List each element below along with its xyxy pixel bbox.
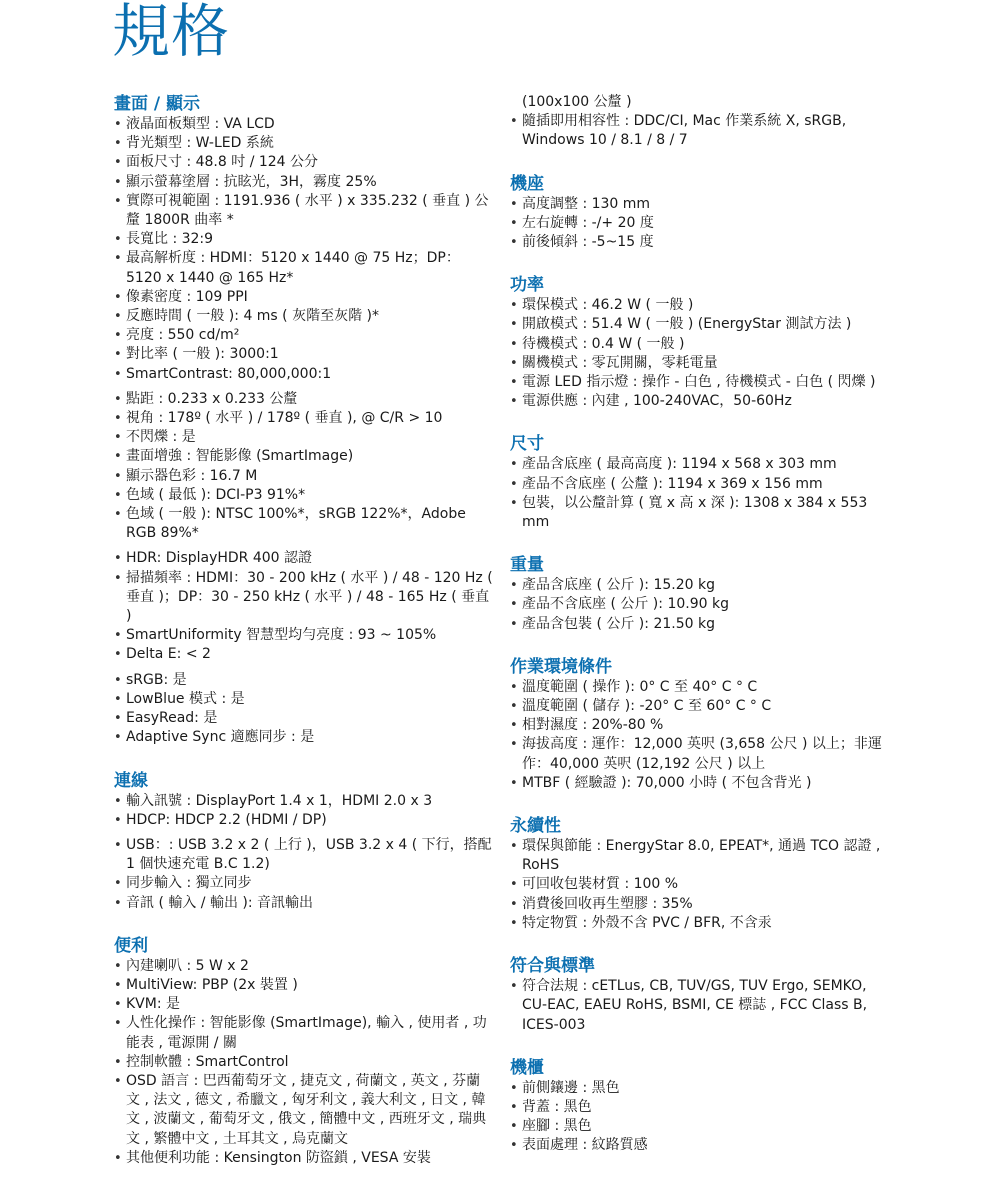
spec-item: 內建喇叭 : 5 W x 2 [114,957,494,976]
spec-item: 面板尺寸 : 48.8 吋 / 124 公分 [114,153,494,172]
section-title: 作業環境條件 [510,656,895,678]
spec-item: MultiView: PBP (2x 裝置 ) [114,976,494,995]
spec-item: 高度調整 : 130 mm [510,195,895,214]
section-stand: 機座 高度調整 : 130 mm 左右旋轉 : -/+ 20 度 前後傾斜 : … [510,173,895,253]
spec-item: MTBF ( 經驗證 ): 70,000 小時 ( 不包含背光 ) [510,774,895,793]
spec-item: 溫度範圍 ( 操作 ): 0° C 至 40° C ° C [510,678,895,697]
spec-list: 隨插即用相容性 : DDC/CI, Mac 作業系統 X, sRGB, Wind… [510,112,895,150]
section-title: 機座 [510,173,895,195]
section-title: 便利 [114,935,494,957]
spec-item: 開啟模式 : 51.4 W ( 一般 ) (EnergyStar 測試方法 ) [510,315,895,334]
spec-list: 高度調整 : 130 mm 左右旋轉 : -/+ 20 度 前後傾斜 : -5~… [510,195,895,253]
spec-item: SmartContrast: 80,000,000:1 [114,365,494,384]
section-title: 機櫃 [510,1057,895,1079]
spec-item: USB：: USB 3.2 x 2 ( 上行 )，USB 3.2 x 4 ( 下… [114,836,494,874]
spec-list: 輸入訊號 : DisplayPort 1.4 x 1，HDMI 2.0 x 3 … [114,792,494,913]
spec-item: 輸入訊號 : DisplayPort 1.4 x 1，HDMI 2.0 x 3 [114,792,494,811]
section-display: 畫面 / 顯示 液晶面板類型 : VA LCD 背光類型 : W-LED 系統 … [114,93,494,748]
spec-item: 隨插即用相容性 : DDC/CI, Mac 作業系統 X, sRGB, Wind… [510,112,895,150]
spec-item: 左右旋轉 : -/+ 20 度 [510,214,895,233]
section-title: 連線 [114,770,494,792]
spec-item: 控制軟體 : SmartControl [114,1053,494,1072]
spec-item: 可回收包裝材質 : 100 % [510,875,895,894]
section-compliance: 符合與標準 符合法規 : cETLus, CB, TUV/GS, TUV Erg… [510,955,895,1035]
spec-item: 關機模式 : 零瓦開關，零耗電量 [510,354,895,373]
spec-item: 產品含底座 ( 公斤 ): 15.20 kg [510,576,895,595]
spec-item: 前後傾斜 : -5~15 度 [510,233,895,252]
spec-item: 人性化操作 : 智能影像 (SmartImage), 輸入 , 使用者 , 功能… [114,1014,494,1052]
spec-item: 特定物質 : 外殼不含 PVC / BFR, 不含汞 [510,914,895,933]
page-title: 規格 [112,0,230,62]
spec-item: 點距 : 0.233 x 0.233 公釐 [114,390,494,409]
section-title: 功率 [510,274,895,296]
spec-list: 內建喇叭 : 5 W x 2 MultiView: PBP (2x 裝置 ) K… [114,957,494,1168]
spec-list: 環保模式 : 46.2 W ( 一般 ) 開啟模式 : 51.4 W ( 一般 … [510,296,895,411]
spec-item: LowBlue 模式 : 是 [114,690,494,709]
section-sustainability: 永續性 環保與節能 : EnergyStar 8.0, EPEAT*, 通過 T… [510,815,895,933]
section-title: 尺寸 [510,433,895,455]
spec-item: Adaptive Sync 適應同步 : 是 [114,728,494,747]
spec-item: 環保與節能 : EnergyStar 8.0, EPEAT*, 通過 TCO 認… [510,837,895,875]
spec-item: 環保模式 : 46.2 W ( 一般 ) [510,296,895,315]
spec-list: 環保與節能 : EnergyStar 8.0, EPEAT*, 通過 TCO 認… [510,837,895,933]
spec-item: 表面處理 : 紋路質感 [510,1136,895,1155]
spec-item: 反應時間 ( 一般 ): 4 ms ( 灰階至灰階 )* [114,307,494,326]
spec-item: 長寬比 : 32:9 [114,230,494,249]
spec-item: 對比率 ( 一般 ): 3000:1 [114,345,494,364]
left-column: 畫面 / 顯示 液晶面板類型 : VA LCD 背光類型 : W-LED 系統 … [114,93,494,1190]
section-convenience: 便利 內建喇叭 : 5 W x 2 MultiView: PBP (2x 裝置 … [114,935,494,1168]
section-weight: 重量 產品含底座 ( 公斤 ): 15.20 kg 產品不含底座 ( 公斤 ):… [510,554,895,634]
spec-item: 顯示螢幕塗層 : 抗眩光，3H，霧度 25% [114,173,494,192]
spec-item: 不閃爍 : 是 [114,428,494,447]
spec-item: 產品不含底座 ( 公釐 ): 1194 x 369 x 156 mm [510,475,895,494]
spec-item: OSD 語言 : 巴西葡萄牙文 , 捷克文 , 荷蘭文 , 英文 , 芬蘭文 ,… [114,1072,494,1149]
spec-item: 電源 LED 指示燈 : 操作 - 白色 , 待機模式 - 白色 ( 閃爍 ) [510,373,895,392]
spec-item: KVM: 是 [114,995,494,1014]
spec-item: 亮度 : 550 cd/m² [114,326,494,345]
spec-item: 像素密度 : 109 PPI [114,288,494,307]
spec-item: 背蓋 : 黑色 [510,1098,895,1117]
spec-item: 產品不含底座 ( 公斤 ): 10.90 kg [510,595,895,614]
section-title: 符合與標準 [510,955,895,977]
spec-item: 色域 ( 最低 ): DCI-P3 91%* [114,486,494,505]
section-operating-conditions: 作業環境條件 溫度範圍 ( 操作 ): 0° C 至 40° C ° C 溫度範… [510,656,895,793]
spec-item: 包裝，以公釐計算 ( 寬 x 高 x 深 ): 1308 x 384 x 553… [510,494,895,532]
spec-list: 產品含底座 ( 最高高度 ): 1194 x 568 x 303 mm 產品不含… [510,455,895,532]
spec-item: SmartUniformity 智慧型均勻亮度 : 93 ~ 105% [114,626,494,645]
spec-item: 相對濕度 : 20%-80 % [510,716,895,735]
spec-item: 其他便利功能 : Kensington 防盜鎖 , VESA 安裝 [114,1149,494,1168]
spec-item: 色域 ( 一般 ): NTSC 100%*，sRGB 122%*，Adobe R… [114,505,494,543]
spec-item: 海拔高度 : 運作：12,000 英呎 (3,658 公尺 ) 以上；非運作：4… [510,735,895,773]
spec-list: 前側鑲邊 : 黑色 背蓋 : 黑色 座腳 : 黑色 表面處理 : 紋路質感 [510,1079,895,1156]
section-convenience-continued: (100x100 公釐 ) 隨插即用相容性 : DDC/CI, Mac 作業系統… [510,93,895,151]
spec-item: 液晶面板類型 : VA LCD [114,115,494,134]
spec-item: 實際可視範圍 : 1191.936 ( 水平 ) x 335.232 ( 垂直 … [114,192,494,230]
continuation-text: (100x100 公釐 ) [510,93,895,112]
section-title: 畫面 / 顯示 [114,93,494,115]
spec-item: EasyRead: 是 [114,709,494,728]
section-dimensions: 尺寸 產品含底座 ( 最高高度 ): 1194 x 568 x 303 mm 產… [510,433,895,532]
spec-item: 背光類型 : W-LED 系統 [114,134,494,153]
spec-item: sRGB: 是 [114,671,494,690]
spec-list: 液晶面板類型 : VA LCD 背光類型 : W-LED 系統 面板尺寸 : 4… [114,115,494,748]
spec-item: 視角 : 178º ( 水平 ) / 178º ( 垂直 ), @ C/R > … [114,409,494,428]
spec-item: 產品含包裝 ( 公斤 ): 21.50 kg [510,615,895,634]
spec-list: 產品含底座 ( 公斤 ): 15.20 kg 產品不含底座 ( 公斤 ): 10… [510,576,895,634]
spec-list: 溫度範圍 ( 操作 ): 0° C 至 40° C ° C 溫度範圍 ( 儲存 … [510,678,895,793]
spec-item: 產品含底座 ( 最高高度 ): 1194 x 568 x 303 mm [510,455,895,474]
section-title: 重量 [510,554,895,576]
spec-item: HDR: DisplayHDR 400 認證 [114,549,494,568]
section-power: 功率 環保模式 : 46.2 W ( 一般 ) 開啟模式 : 51.4 W ( … [510,274,895,411]
spec-list: 符合法規 : cETLus, CB, TUV/GS, TUV Ergo, SEM… [510,977,895,1035]
spec-item: 同步輸入 : 獨立同步 [114,874,494,893]
spec-item: 音訊 ( 輸入 / 輸出 ): 音訊輸出 [114,894,494,913]
spec-item: 待機模式 : 0.4 W ( 一般 ) [510,335,895,354]
spec-item: 顯示器色彩 : 16.7 M [114,467,494,486]
section-cabinet: 機櫃 前側鑲邊 : 黑色 背蓋 : 黑色 座腳 : 黑色 表面處理 : 紋路質感 [510,1057,895,1156]
spec-item: 最高解析度 : HDMI：5120 x 1440 @ 75 Hz；DP：5120… [114,249,494,287]
section-connectivity: 連線 輸入訊號 : DisplayPort 1.4 x 1，HDMI 2.0 x… [114,770,494,913]
spec-item: HDCP: HDCP 2.2 (HDMI / DP) [114,811,494,830]
spec-item: 座腳 : 黑色 [510,1117,895,1136]
right-column: (100x100 公釐 ) 隨插即用相容性 : DDC/CI, Mac 作業系統… [510,93,895,1178]
spec-item: 電源供應 : 內建 , 100-240VAC，50-60Hz [510,392,895,411]
spec-item: 前側鑲邊 : 黑色 [510,1079,895,1098]
spec-item: 畫面增強 : 智能影像 (SmartImage) [114,447,494,466]
section-title: 永續性 [510,815,895,837]
spec-item: Delta E: < 2 [114,645,494,664]
spec-item: 溫度範圍 ( 儲存 ): -20° C 至 60° C ° C [510,697,895,716]
spec-item: 掃描頻率 : HDMI：30 - 200 kHz ( 水平 ) / 48 - 1… [114,569,494,627]
spec-item: 消費後回收再生塑膠 : 35% [510,895,895,914]
spec-item: 符合法規 : cETLus, CB, TUV/GS, TUV Ergo, SEM… [510,977,895,1035]
